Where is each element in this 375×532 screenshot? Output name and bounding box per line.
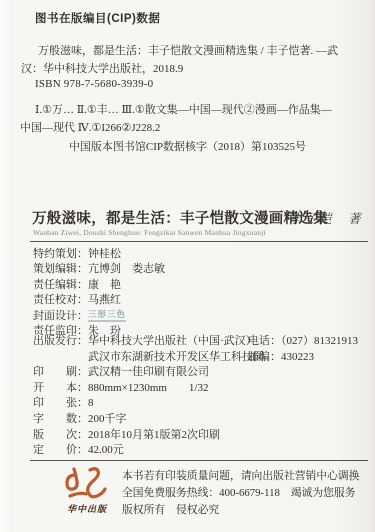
credit-value: 亢博剑 娄志敏: [88, 263, 165, 275]
publisher-row: 出版发行：华中科技大学出版社（中国·武汉） 电话：（027）81321913: [33, 334, 368, 350]
book-copyright-page: 图书在版编目(CIP)数据 万般滋味，都是生活：丰子恺散文漫画精选集 / 丰子恺…: [0, 0, 375, 532]
quality-notice: 本书若有印装质量问题，请向出版社营销中心调换 全国免费服务热线：400-6679…: [122, 468, 360, 520]
notice-line1: 本书若有印装质量问题，请向出版社营销中心调换: [122, 468, 360, 485]
pub-label: 开 本：: [33, 382, 88, 394]
credit-label: 封面设计：: [33, 310, 88, 322]
cip-record-number: 中国版本图书馆CIP数据核字（2018）第103525号: [0, 138, 375, 154]
publication-details: 出版发行：华中科技大学出版社（中国·武汉） 电话：（027）81321913 武…: [33, 334, 368, 459]
credit-value: 钟桂松: [88, 248, 121, 260]
pub-label: 印 张：: [33, 397, 88, 409]
notice-line2: 全国免费服务热线：400-6679-118 竭诚为您服务: [122, 485, 360, 502]
cip-header: 图书在版编目(CIP)数据: [35, 10, 160, 26]
credit-label: 责任编辑：: [33, 279, 88, 291]
pub-label: 定 价：: [33, 444, 88, 456]
publisher-address: 武汉市东湖新技术开发区华工科技园: [33, 351, 264, 363]
postcode-label: 邮编：: [248, 351, 281, 363]
postcode-row: 邮编：430223: [248, 350, 314, 366]
phone-label: 电话：: [248, 335, 281, 347]
pub-value: 武汉精一佳印刷有限公司: [88, 366, 209, 378]
credit-row: 特约策划：钟桂松: [33, 247, 165, 262]
credit-row: 责任编辑：康 艳: [33, 278, 165, 293]
pub-row: 字 数：200千字: [33, 412, 368, 428]
cip-entry-line2: 汉：华中科技大学出版社，2018.9: [21, 60, 183, 76]
credit-label: 策划编辑：: [33, 263, 88, 275]
pub-value: 200千字: [88, 413, 127, 425]
pub-row: 定 价：42.00元: [33, 443, 368, 459]
notice-line3: 版权所有 侵权必究: [122, 502, 360, 519]
pub-value: 880mm×1230mm 1/32: [88, 382, 208, 394]
publisher-logo-icon: [58, 466, 116, 504]
title-block: 万般滋味，都是生活：丰子恺散文漫画精选集 丰子恺 著: [32, 207, 365, 228]
credit-label: 责任校对：: [33, 294, 88, 306]
divider-bottom: [30, 460, 368, 461]
cover-designer-logo: 三形三色: [88, 310, 126, 322]
book-title: 万般滋味，都是生活：丰子恺散文漫画精选集: [32, 207, 328, 228]
pub-label: 印 刷：: [33, 366, 88, 378]
phone-number: （027）81321913: [281, 335, 358, 347]
pub-value: 42.00元: [88, 444, 124, 456]
credit-row: 策划编辑：亢博剑 娄志敏: [33, 262, 165, 277]
pub-label: 字 数：: [33, 413, 88, 425]
postcode-value: 430223: [281, 351, 314, 363]
pub-row: 印 刷：武汉精一佳印刷有限公司: [33, 365, 368, 381]
credit-row: 封面设计：三形三色: [33, 309, 165, 324]
pub-row: 印 张：8: [33, 396, 368, 412]
publisher-label: 出版发行：: [33, 335, 88, 347]
divider-top: [30, 241, 368, 242]
pub-value: 2018年10月第1版第2次印刷: [88, 429, 220, 441]
phone-row: 电话：（027）81321913: [248, 334, 358, 350]
cip-classification-line1: Ⅰ.①万… Ⅱ.①丰… Ⅲ.①散文集—中国—现代②漫画—作品集—: [35, 101, 332, 117]
publisher-name: 华中科技大学出版社（中国·武汉）: [88, 335, 257, 347]
pub-value: 8: [88, 397, 94, 409]
credits-list: 特约策划：钟桂松 策划编辑：亢博剑 娄志敏 责任编辑：康 艳 责任校对：马燕红 …: [33, 247, 165, 339]
book-author: 丰子恺 著: [290, 209, 363, 227]
credit-value: 康 艳: [88, 279, 121, 291]
address-row: 武汉市东湖新技术开发区华工科技园 邮编：430223: [33, 350, 368, 366]
cip-entry-line1: 万般滋味，都是生活：丰子恺散文漫画精选集 / 丰子恺著. —武: [38, 42, 338, 58]
cip-classification-line2: 中国—现代 Ⅳ.①I266②J228.2: [20, 119, 160, 135]
pub-row: 开 本：880mm×1230mm 1/32: [33, 381, 368, 397]
book-title-pinyin: Wanban Ziwei, Doushi Shenghuo: Fengzikai…: [33, 228, 266, 237]
credit-row: 责任校对：马燕红: [33, 293, 165, 308]
isbn-number: ISBN 978-7-5680-3939-0: [35, 78, 153, 90]
pub-label: 版 次：: [33, 429, 88, 441]
credit-value: 马燕红: [88, 294, 121, 306]
pub-row: 版 次：2018年10月第1版第2次印刷: [33, 428, 368, 444]
publisher-logo: 华中出版: [58, 466, 116, 522]
credit-label: 特约策划：: [33, 248, 88, 260]
